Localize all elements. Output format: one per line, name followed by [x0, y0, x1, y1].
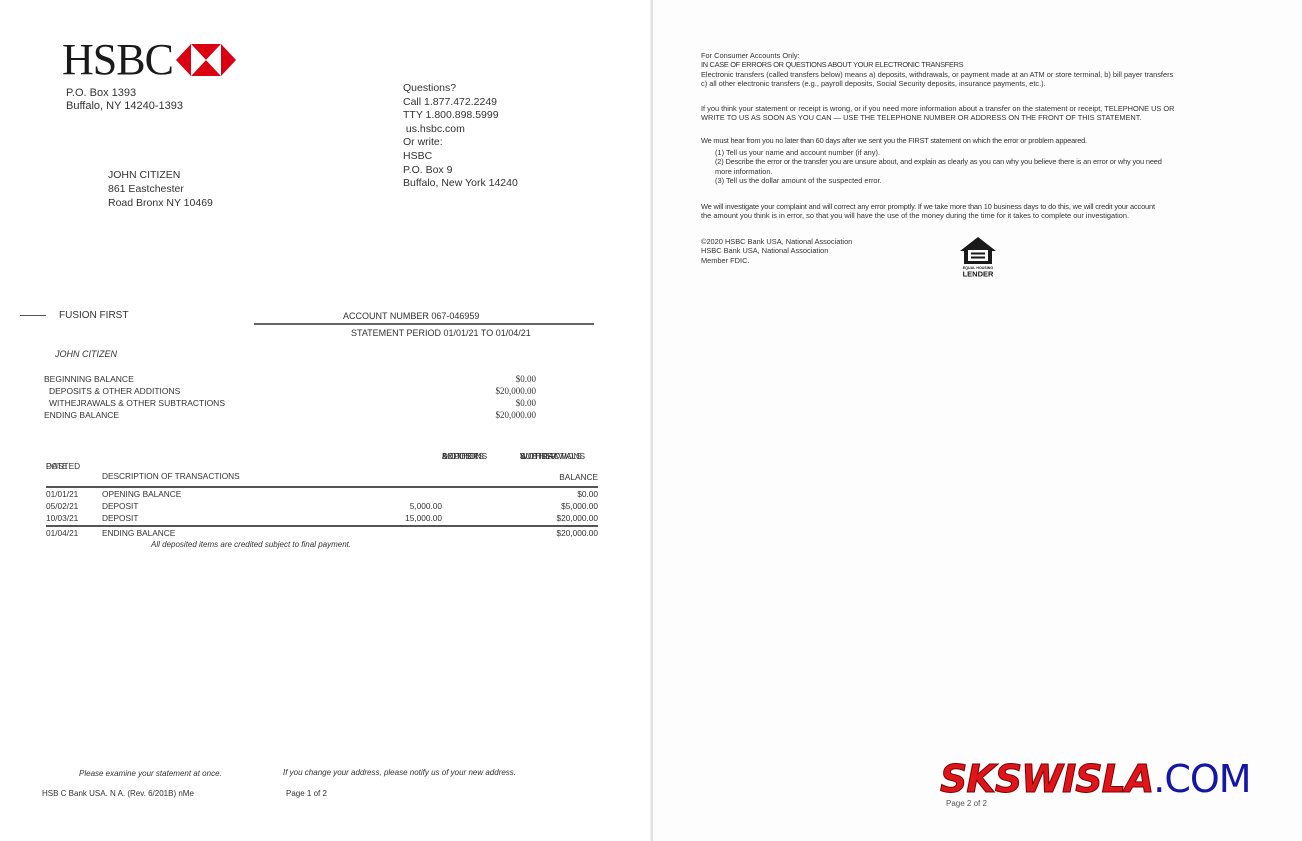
questions-title: Questions?: [403, 82, 518, 96]
bank-address: P.O. Box 1393 Buffalo, NY 14240-1393: [66, 87, 183, 113]
statement-page-2: [653, 0, 1302, 841]
consumer-accounts-heading: For Consumer Accounts Only:: [701, 51, 1173, 60]
deadline-notice: We must hear from you no later than 60 d…: [701, 136, 1087, 145]
table-row: 01/01/21 OPENING BALANCE $0.00: [46, 488, 598, 500]
footer-form-id: HSB C Bank USA. N A. (Rev. 6/201B) nMe: [42, 789, 194, 798]
steps-list: (1) Tell us your name and account number…: [715, 148, 1162, 186]
investigation-notice: We will investigate your complaint and w…: [701, 202, 1155, 221]
transactions-header: DATE POSTED DESCRIPTION OF TRANSACTIONS …: [46, 451, 598, 488]
page-number: Page 2 of 2: [946, 799, 987, 808]
header-description: DESCRIPTION OF TRANSACTIONS: [102, 471, 240, 481]
summary-row: ENDING BALANCE $20,000.00: [44, 409, 536, 421]
table-row-ending-balance: 01/04/21 ENDING BALANCE $20,000.00: [46, 525, 598, 537]
balance-summary: BEGINNING BALANCE $0.00 DEPOSITS & OTHER…: [44, 373, 536, 421]
statement-page-1: HSBC P.O. Box 1393 Buffalo, NY 14240-139…: [0, 0, 650, 841]
footer-address-change-note: If you change your address, please notif…: [283, 768, 516, 777]
customer-address: JOHN CITIZEN 861 Eastchester Road Bronx …: [108, 168, 213, 210]
contact-instructions: If you think your statement or receipt i…: [701, 104, 1175, 123]
footer-examine-note: Please examine your statement at once.: [79, 769, 222, 778]
list-item: (3) Tell us the dollar amount of the sus…: [715, 176, 1162, 185]
table-row: 05/02/21 DEPOSIT 5,000.00 $5,000.00: [46, 500, 598, 512]
list-item: (2) Describe the error or the transfer y…: [715, 157, 1162, 166]
product-name: FUSION FIRST: [20, 310, 128, 321]
errors-heading: IN CASE OF ERRORS OR QUESTIONS ABOUT YOU…: [701, 60, 1173, 69]
watermark-logo: SKSWISLA.COM: [940, 760, 1251, 798]
account-rule-divider: [254, 323, 594, 325]
customer-name: JOHN CITIZEN: [108, 168, 213, 182]
account-number: ACCOUNT NUMBER 067-046959: [343, 311, 479, 321]
svg-text:LENDER: LENDER: [963, 270, 994, 279]
table-row: 10/03/21 DEPOSIT 15,000.00 $20,000.00: [46, 512, 598, 524]
equal-housing-lender-icon: EQUAL HOUSING LENDER: [958, 236, 998, 278]
statement-period: STATEMENT PERIOD 01/01/21 TO 01/04/21: [351, 328, 531, 338]
copyright-block: ©2020 HSBC Bank USA, National Associatio…: [701, 237, 852, 265]
phone-number: Call 1.877.472.2249: [403, 96, 518, 110]
hsbc-wordmark: HSBC: [62, 38, 173, 82]
account-holder: JOHN CITIZEN: [55, 349, 117, 359]
contact-questions-block: Questions? Call 1.877.472.2249 TTY 1.800…: [403, 82, 518, 191]
transactions-table: DATE POSTED DESCRIPTION OF TRANSACTIONS …: [46, 451, 598, 537]
summary-row: DEPOSITS & OTHER ADDITIONS $20,000.00: [44, 385, 536, 397]
summary-row: WITHEJRAWALS & OTHER SUBTRACTIONS $0.00: [44, 397, 536, 409]
list-item: (1) Tell us your name and account number…: [715, 148, 1162, 157]
page-number: Page 1 of 2: [286, 789, 327, 798]
dash-divider: [20, 315, 46, 316]
website: us.hsbc.com: [403, 123, 518, 137]
summary-row: BEGINNING BALANCE $0.00: [44, 373, 536, 385]
tty-number: TTY 1.800.898.5999: [403, 109, 518, 123]
transactions-note: All deposited items are credited subject…: [151, 540, 351, 549]
header-balance: BALANCE: [559, 472, 598, 482]
hsbc-hexagon-logo-icon: [176, 44, 236, 76]
list-item: more information.: [715, 167, 1162, 176]
electronic-transfers-section: For Consumer Accounts Only: IN CASE OF E…: [701, 51, 1173, 89]
